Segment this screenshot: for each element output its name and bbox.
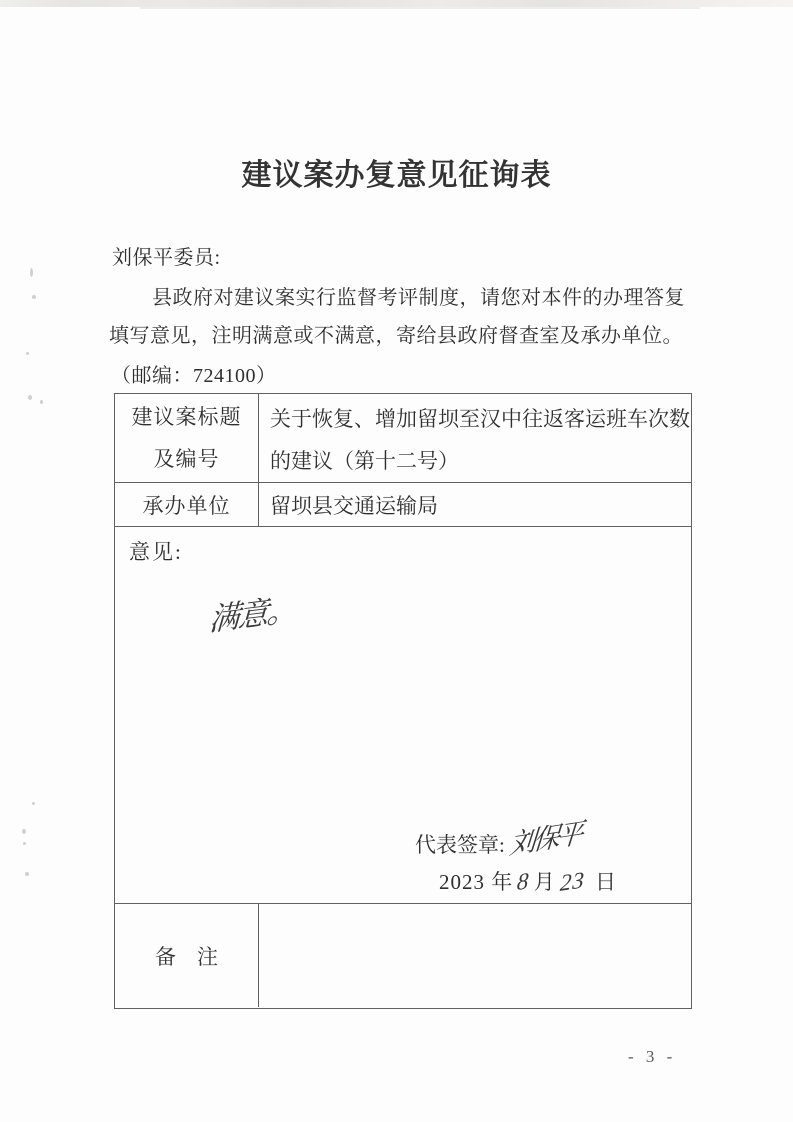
handling-unit-label-cell: 承办单位 <box>115 483 259 526</box>
scan-speck <box>26 352 29 355</box>
salutation: 刘保平委员: <box>112 241 221 270</box>
date-year: 2023 年 <box>439 870 513 894</box>
date-month-label: 月 <box>534 870 556 894</box>
proposal-title-label-line1: 建议案标题 <box>132 396 242 438</box>
handwritten-month: 8 <box>516 868 530 896</box>
table-row-handling-unit: 承办单位 留坝县交通运输局 <box>115 483 691 527</box>
scan-speck <box>28 395 32 400</box>
scanner-streak-artifact-2 <box>140 7 700 9</box>
scanned-document-page: 建议案办复意见征询表 刘保平委员: 县政府对建议案实行监督考评制度，请您对本件的… <box>0 0 793 1122</box>
consultation-form-table: 建议案标题 及编号 关于恢复、增加留坝至汉中往返客运班车次数 的建议（第十二号）… <box>114 393 692 1009</box>
proposal-title-value-line1: 关于恢复、增加留坝至汉中往返客运班车次数 <box>270 398 691 440</box>
handwritten-opinion: 满意。 <box>208 583 297 639</box>
date-day-label: 日 <box>595 870 617 894</box>
signature-line: 代表签章:刘保平 <box>415 821 581 860</box>
proposal-title-value-line2: 的建议（第十二号） <box>270 440 691 482</box>
handling-unit-value: 留坝县交通运输局 <box>270 490 438 520</box>
remarks-value-cell-empty <box>259 904 691 1007</box>
signature-label: 代表签章: <box>415 833 505 857</box>
proposal-title-label-cell: 建议案标题 及编号 <box>115 394 259 482</box>
opinion-label: 意见: <box>129 536 183 566</box>
page-title: 建议案办复意见征询表 <box>0 150 793 194</box>
scan-speck <box>32 802 35 805</box>
scanner-streak-artifact <box>0 0 793 7</box>
date-line: 2023 年8月23 日 <box>439 866 617 896</box>
scan-speck <box>23 842 26 845</box>
scan-speck <box>25 872 29 876</box>
remarks-label-cell: 备 注 <box>115 904 259 1007</box>
proposal-title-value-cell: 关于恢复、增加留坝至汉中往返客运班车次数 的建议（第十二号） <box>259 394 691 482</box>
remarks-label: 备 注 <box>155 941 218 971</box>
postal-code-line: （邮编：724100） <box>111 359 277 388</box>
scan-speck <box>22 829 26 834</box>
scan-speck <box>32 295 36 299</box>
body-paragraph-line-2: 填写意见，注明满意或不满意，寄给县政府督查室及承办单位。 <box>109 319 683 348</box>
scan-speck <box>40 400 43 404</box>
table-row-proposal-title: 建议案标题 及编号 关于恢复、增加留坝至汉中往返客运班车次数 的建议（第十二号） <box>115 394 691 483</box>
handling-unit-label: 承办单位 <box>143 490 231 520</box>
table-row-remarks: 备 注 <box>115 904 691 1007</box>
handwritten-day: 23 <box>559 867 586 897</box>
table-row-opinion: 意见: 满意。 代表签章:刘保平 2023 年8月23 日 <box>115 527 691 904</box>
body-paragraph-line-1: 县政府对建议案实行监督考评制度，请您对本件的办理答复 <box>152 281 685 310</box>
page-number: - 3 - <box>628 1047 676 1067</box>
handling-unit-value-cell: 留坝县交通运输局 <box>259 483 691 526</box>
handwritten-signature: 刘保平 <box>508 811 583 862</box>
scan-speck <box>30 268 33 277</box>
proposal-title-label-line2: 及编号 <box>154 438 220 480</box>
